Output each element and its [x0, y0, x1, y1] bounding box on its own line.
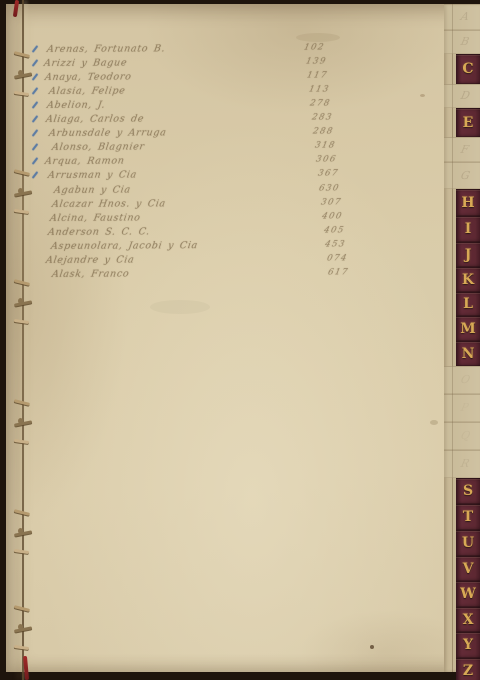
- tab-letter: A: [460, 10, 471, 23]
- tab-letter: H: [456, 195, 480, 211]
- entry-name: Arenas, Fortunato B.: [46, 43, 166, 55]
- tab-letter: C: [456, 61, 480, 77]
- tab-letter: U: [456, 535, 480, 551]
- entry-name: Arizzi y Bague: [43, 58, 128, 69]
- stitch-knot: [18, 298, 23, 304]
- tab-letter: M: [456, 321, 480, 337]
- entry-name: Aspeunolara, Jacobi y Cia: [50, 240, 199, 252]
- paper-smudge: [296, 33, 340, 42]
- entry-page-number: 367: [316, 169, 339, 179]
- tab-letter: W: [456, 586, 480, 602]
- index-tab-a: A: [444, 4, 480, 30]
- entry-name: Alejandre y Cia: [45, 254, 135, 265]
- entry-name: Arbunsdale y Arruga: [48, 128, 167, 140]
- stitch-knot: [18, 418, 23, 424]
- entry-name: Arqua, Ramon: [44, 156, 125, 167]
- index-tab-z: Z: [456, 658, 480, 680]
- entry-page-number: 113: [307, 85, 330, 95]
- tab-letter: F: [460, 142, 470, 155]
- entry-name: Alcina, Faustino: [49, 212, 141, 223]
- index-tab-y: Y: [456, 632, 480, 658]
- index-tab-rail: ABCDEFGHIJKLMNOPQRSTUVWXYZ: [444, 4, 480, 672]
- entry-page-number: 453: [324, 239, 347, 249]
- tab-letter: R: [460, 457, 471, 470]
- entry-page-number: 405: [322, 225, 345, 235]
- index-tab-w: W: [456, 581, 480, 607]
- tab-letter: L: [456, 296, 480, 312]
- index-tab-n: N: [456, 341, 480, 366]
- tab-letter: G: [460, 168, 472, 181]
- tab-letter: Y: [456, 637, 480, 653]
- entry-page-number: 283: [310, 113, 333, 123]
- entry-name: Alcazar Hnos. y Cia: [51, 198, 166, 210]
- stitch-knot: [18, 188, 23, 194]
- entry-page-number: 074: [325, 253, 348, 263]
- index-tab-t: T: [456, 504, 480, 530]
- tab-letter: Q: [460, 429, 472, 442]
- index-tab-s: S: [456, 478, 480, 504]
- entry-name: Arrusman y Cia: [47, 170, 138, 181]
- entry-name: Alonso, Blagnier: [51, 142, 145, 153]
- index-tab-j: J: [456, 242, 480, 267]
- entry-page-number: 306: [315, 155, 338, 165]
- index-tab-f: F: [444, 137, 480, 162]
- tab-letter: P: [460, 401, 470, 414]
- entry-name: Alask, Franco: [51, 268, 130, 279]
- tab-letter: T: [456, 509, 480, 525]
- tab-letter: X: [456, 612, 480, 628]
- entry-name: Anderson S. C. C.: [47, 226, 151, 238]
- entry-name: Aliaga, Carlos de: [45, 114, 145, 126]
- index-tab-p: P: [444, 394, 480, 422]
- entry-page-number: 307: [319, 197, 342, 207]
- index-tab-q: Q: [444, 422, 480, 450]
- tab-letter: J: [456, 247, 480, 263]
- entry-page-number: 288: [312, 127, 335, 137]
- entry-page-number: 278: [309, 99, 332, 109]
- entry-name: Agabun y Cia: [53, 184, 131, 195]
- entry-page-number: 102: [303, 42, 326, 52]
- index-tab-u: U: [456, 530, 480, 556]
- index-tab-k: K: [456, 267, 480, 292]
- paper-stain: [420, 94, 425, 97]
- index-tab-d: D: [444, 84, 480, 108]
- entry-page-number: 139: [304, 56, 327, 66]
- ink-speck: [370, 645, 374, 649]
- entry-name: Anaya, Teodoro: [44, 72, 132, 83]
- stitch-knot: [18, 70, 23, 76]
- index-tab-v: V: [456, 556, 480, 581]
- index-tab-g: G: [444, 162, 480, 189]
- tab-letter: V: [456, 561, 480, 577]
- entry-page-number: 318: [313, 141, 336, 151]
- index-tab-h: H: [456, 189, 480, 216]
- paper-smudge: [150, 300, 210, 314]
- index-tab-m: M: [456, 316, 480, 341]
- binding-gutter: [22, 0, 24, 680]
- index-tab-e: E: [456, 108, 480, 137]
- tab-letter: Z: [456, 663, 480, 679]
- tab-letter: S: [456, 483, 480, 499]
- paper-stain: [430, 420, 438, 425]
- tab-letter: D: [460, 89, 472, 102]
- entry-page-number: 630: [318, 183, 341, 193]
- index-tab-l: L: [456, 292, 480, 316]
- scanned-ledger-photo: Arenas, Fortunato B.102Arizzi y Bague139…: [0, 0, 480, 680]
- index-tab-x: X: [456, 607, 480, 632]
- entry-name: Abelion, J.: [46, 100, 106, 111]
- entry-page-number: 617: [327, 267, 350, 277]
- index-tab-b: B: [444, 30, 480, 54]
- tab-letter: O: [460, 373, 472, 386]
- entry-name: Alasia, Felipe: [48, 86, 126, 97]
- entry-page-number: 400: [321, 211, 344, 221]
- tab-letter: E: [456, 115, 480, 131]
- tab-letter: I: [456, 221, 480, 237]
- tab-letter: B: [460, 35, 471, 48]
- entry-page-number: 117: [306, 71, 329, 81]
- stitch-knot: [18, 528, 23, 534]
- index-tab-o: O: [444, 366, 480, 394]
- tab-letter: K: [456, 272, 480, 288]
- index-tab-i: I: [456, 216, 480, 242]
- index-tab-c: C: [456, 54, 480, 84]
- tab-letter: N: [456, 346, 480, 362]
- stitch-knot: [18, 624, 23, 630]
- index-tab-r: R: [444, 450, 480, 478]
